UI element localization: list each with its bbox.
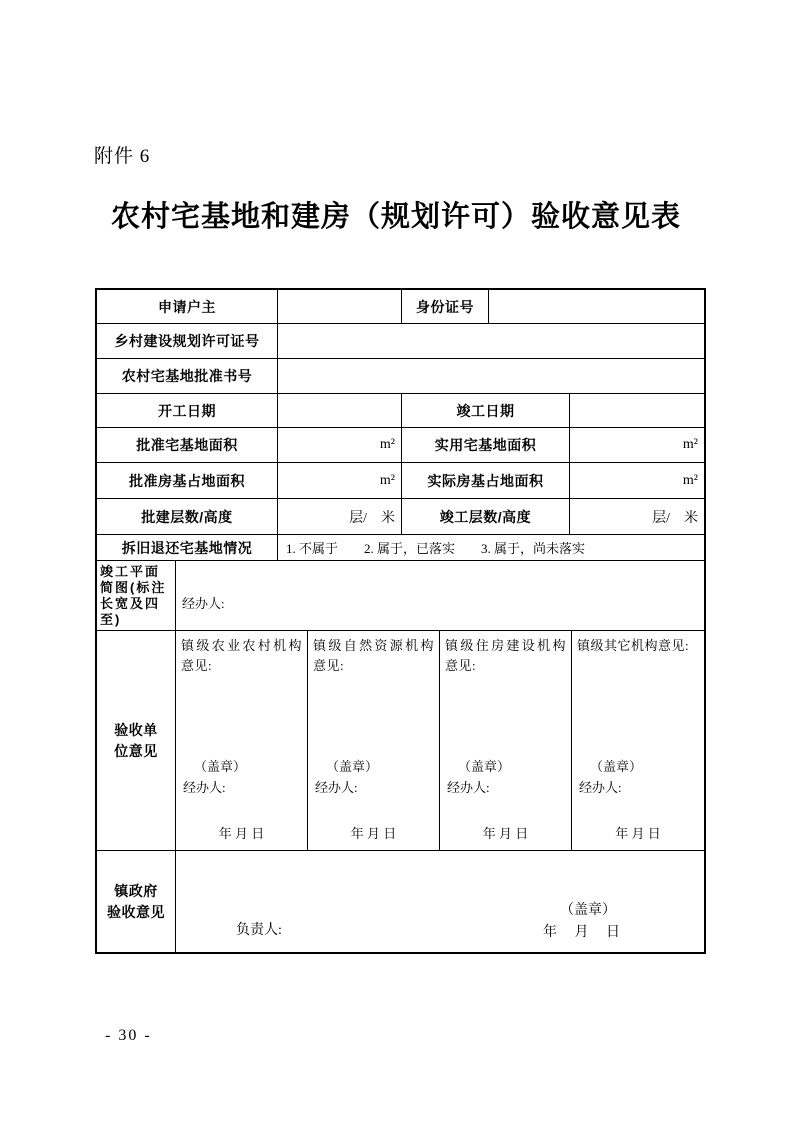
table-row-foundation-area: 批准房基占地面积 m² 实际房基占地面积 m² <box>97 463 704 499</box>
stamp-hint: （盖章） <box>445 756 566 775</box>
table-row-town-government: 镇政府 验收意见 负责人: （盖章） 年 月 日 <box>97 851 704 952</box>
town-government-opinion-cell: 负责人: （盖章） 年 月 日 <box>176 851 704 952</box>
stamp-hint: （盖章） <box>181 756 302 775</box>
manager-label: 负责人: <box>236 919 282 939</box>
applicant-label: 申请户主 <box>97 290 278 323</box>
permit-number-label: 乡村建设规划许可证号 <box>97 324 278 358</box>
town-government-label: 镇政府 验收意见 <box>97 851 176 952</box>
natural-resources-unit-opinion-cell: 镇级自然资源机构意见: （盖章） 经办人: 年 月 日 <box>308 631 440 850</box>
table-row-homestead-area: 批准宅基地面积 m² 实用宅基地面积 m² <box>97 428 704 463</box>
approved-floors-label: 批建层数/高度 <box>97 499 278 534</box>
table-row-acceptance-units: 验收单 位意见 镇级农业农村机构意见: （盖章） 经办人: 年 月 日 镇级自然… <box>97 631 704 851</box>
page-number: - 30 - <box>105 1027 152 1045</box>
approval-number-value-cell <box>278 359 704 393</box>
housing-construction-unit-opinion-cell: 镇级住房建设机构意见: （盖章） 经办人: 年 月 日 <box>440 631 572 850</box>
approved-foundation-area-unit: m² <box>278 463 402 498</box>
table-row-dates: 开工日期 竣工日期 <box>97 394 704 428</box>
id-number-value-cell <box>489 290 704 323</box>
completion-date-value-cell <box>570 394 704 427</box>
attachment-label: 附件 6 <box>94 141 150 168</box>
agent-label: 经办人: <box>577 777 699 796</box>
stamp-hint: （盖章） <box>560 899 616 919</box>
approved-floors-unit: 层/ 米 <box>278 499 402 534</box>
date-line: 年 月 日 <box>181 823 302 842</box>
table-row-permit: 乡村建设规划许可证号 <box>97 324 704 359</box>
document-page: 附件 6 农村宅基地和建房（规划许可）验收意见表 申请户主 身份证号 乡村建设规… <box>0 0 792 1121</box>
agent-label: 经办人: <box>181 777 302 796</box>
permit-number-value-cell <box>278 324 704 358</box>
plan-sketch-label: 竣工平面 简图(标注 长宽及四 至) <box>97 561 176 630</box>
approval-number-label: 农村宅基地批准书号 <box>97 359 278 393</box>
completed-floors-unit: 层/ 米 <box>570 499 704 534</box>
completed-floors-label: 竣工层数/高度 <box>402 499 570 534</box>
agriculture-unit-opinion-cell: 镇级农业农村机构意见: （盖章） 经办人: 年 月 日 <box>176 631 308 850</box>
natural-resources-unit-title: 镇级自然资源机构意见: <box>313 636 434 676</box>
date-line: 年 月 日 <box>577 823 699 842</box>
demolition-status-options: 1. 不属于 2. 属于，已落实 3. 属于，尚未落实 <box>278 535 704 560</box>
date-line: 年 月 日 <box>445 823 566 842</box>
acceptance-units-label: 验收单 位意见 <box>97 631 176 850</box>
actual-foundation-area-label: 实际房基占地面积 <box>402 463 570 498</box>
table-row-floors: 批建层数/高度 层/ 米 竣工层数/高度 层/ 米 <box>97 499 704 535</box>
other-unit-title: 镇级其它机构意见: <box>577 636 699 656</box>
approved-homestead-area-unit: m² <box>278 428 402 462</box>
table-row-plan-sketch: 竣工平面 简图(标注 长宽及四 至) 经办人: <box>97 561 704 631</box>
date-line: 年 月 日 <box>313 823 434 842</box>
plan-sketch-agent-label: 经办人: <box>176 561 704 630</box>
start-date-label: 开工日期 <box>97 394 278 427</box>
stamp-hint: （盖章） <box>577 756 699 775</box>
agent-label: 经办人: <box>313 777 434 796</box>
date-line: 年 月 日 <box>543 921 620 941</box>
actual-homestead-area-label: 实用宅基地面积 <box>402 428 570 462</box>
agent-label: 经办人: <box>445 777 566 796</box>
table-row-demolition: 拆旧退还宅基地情况 1. 不属于 2. 属于，已落实 3. 属于，尚未落实 <box>97 535 704 561</box>
completion-date-label: 竣工日期 <box>402 394 570 427</box>
approved-foundation-area-label: 批准房基占地面积 <box>97 463 278 498</box>
stamp-hint: （盖章） <box>313 756 434 775</box>
table-row-approval: 农村宅基地批准书号 <box>97 359 704 394</box>
applicant-value-cell <box>278 290 402 323</box>
actual-homestead-area-unit: m² <box>570 428 704 462</box>
agriculture-unit-title: 镇级农业农村机构意见: <box>181 636 302 676</box>
housing-construction-unit-title: 镇级住房建设机构意见: <box>445 636 566 676</box>
table-row-applicant: 申请户主 身份证号 <box>97 290 704 324</box>
other-unit-opinion-cell: 镇级其它机构意见: （盖章） 经办人: 年 月 日 <box>572 631 704 850</box>
page-title: 农村宅基地和建房（规划许可）验收意见表 <box>0 194 792 235</box>
approved-homestead-area-label: 批准宅基地面积 <box>97 428 278 462</box>
acceptance-form-table: 申请户主 身份证号 乡村建设规划许可证号 农村宅基地批准书号 开工日期 竣工日期… <box>95 288 706 954</box>
actual-foundation-area-unit: m² <box>570 463 704 498</box>
id-number-label: 身份证号 <box>402 290 489 323</box>
start-date-value-cell <box>278 394 402 427</box>
demolition-status-label: 拆旧退还宅基地情况 <box>97 535 278 560</box>
